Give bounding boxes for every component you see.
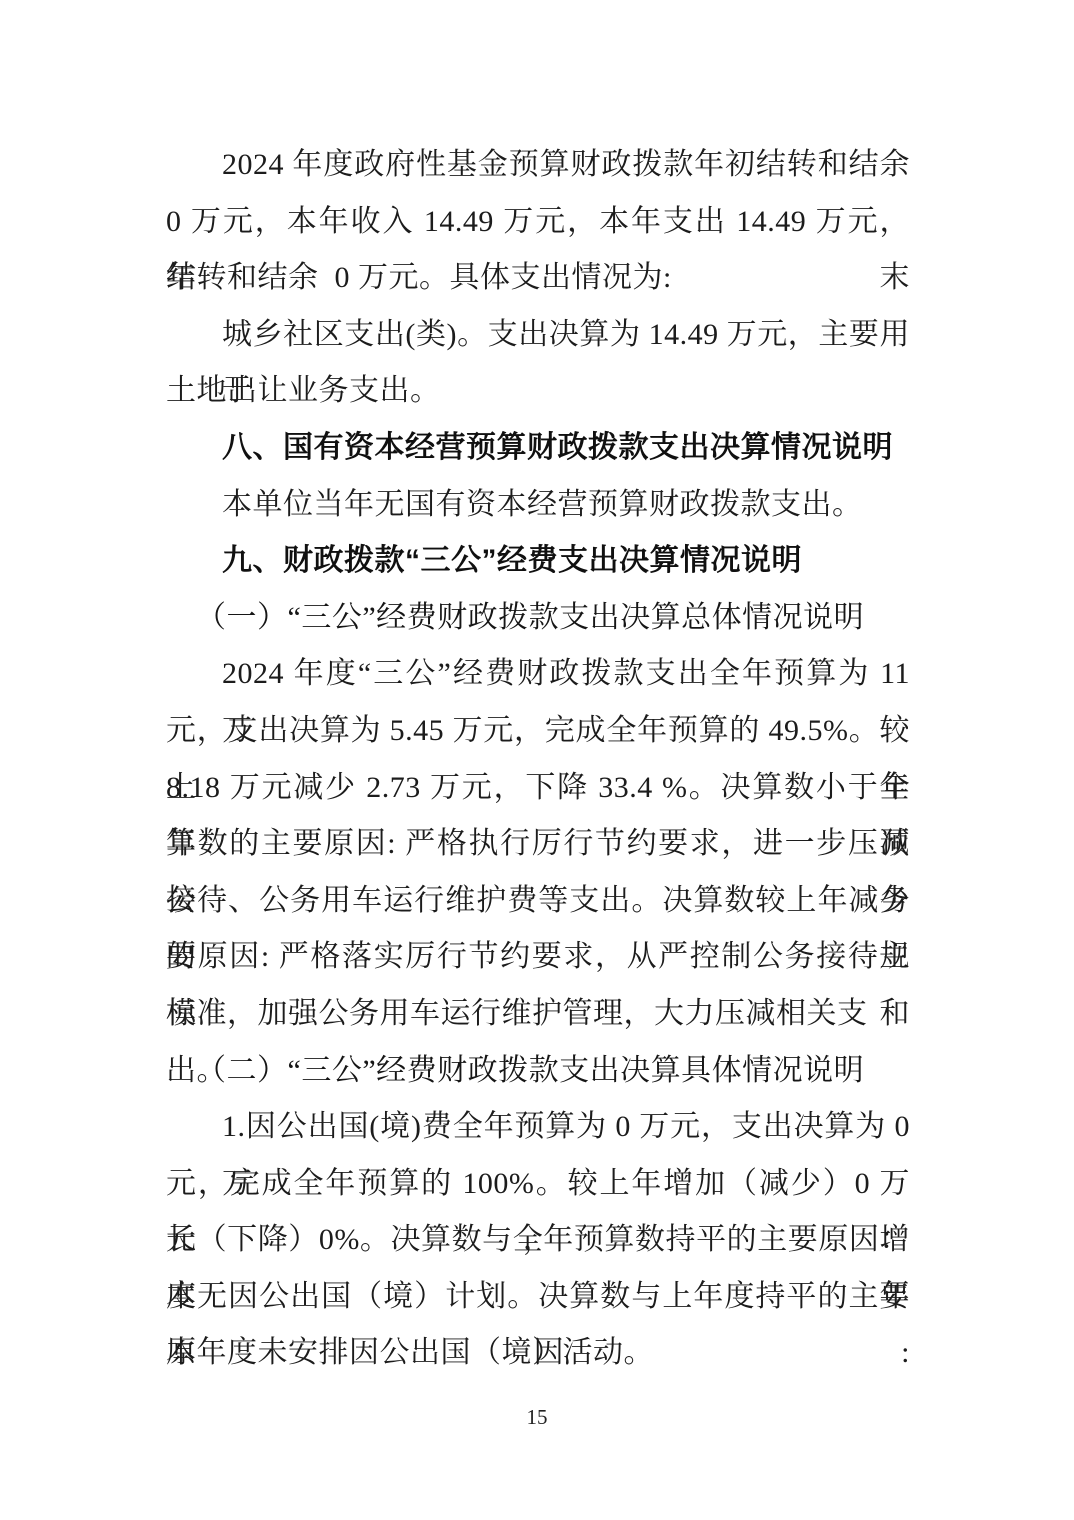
paragraph-line: 算数的主要原因: 严格执行厉行节约要求，进一步压减公务 [166, 816, 910, 873]
paragraph-line: 元，完成全年预算的 100%。较上年增加（减少）0 万元，增 [166, 1156, 910, 1213]
page-number: 15 [0, 1402, 1074, 1432]
paragraph-line: 2024 年度“三公”经费财政拨款支出全年预算为 11 万 [166, 646, 910, 703]
paragraph-line: 1.因公出国(境)费全年预算为 0 万元，支出决算为 0 万 [166, 1099, 910, 1156]
paragraph-line: 2024 年度政府性基金预算财政拨款年初结转和结余 [166, 137, 910, 194]
paragraph-line: 本单位当年无国有资本经营预算财政拨款支出。 [166, 477, 910, 534]
heading-section-9: 九、财政拨款“三公”经费支出决算情况说明 [166, 533, 910, 590]
paragraph-line: 标准，加强公务用车运行维护管理，大力压减相关支出。 [166, 986, 910, 1043]
heading-section-8: 八、国有资本经营预算财政拨款支出决算情况说明 [166, 420, 910, 477]
paragraph-line: 0 万元，本年收入 14.49 万元，本年支出 14.49 万元，年末 [166, 194, 910, 251]
paragraph-line: 城乡社区支出(类)。支出决算为 14.49 万元，主要用于 [166, 307, 910, 364]
document-page: 2024 年度政府性基金预算财政拨款年初结转和结余 0 万元，本年收入 14.4… [0, 0, 1074, 1520]
paragraph-line: 8.18 万元减少 2.73 万元，下降 33.4 %。决算数小于全年预 [166, 760, 910, 817]
subheading-item-2: （二）“三公”经费财政拨款支出决算具体情况说明 [166, 1043, 910, 1100]
document-body: 2024 年度政府性基金预算财政拨款年初结转和结余 0 万元，本年收入 14.4… [166, 137, 910, 1382]
paragraph-line: 元，支出决算为 5.45 万元，完成全年预算的 49.5%。较上年 [166, 703, 910, 760]
subheading-item-1: （一）“三公”经费财政拨款支出决算总体情况说明 [166, 590, 910, 647]
paragraph-line: 要原因: 严格落实厉行节约要求，从严控制公务接待规模和 [166, 929, 910, 986]
paragraph-line: 土地出让业务支出。 [166, 363, 910, 420]
paragraph-line: 长（下降）0%。决算数与全年预算数持平的主要原因：本年 [166, 1212, 910, 1269]
paragraph-line: 接待、公务用车运行维护费等支出。决算数较上年减少的主 [166, 873, 910, 930]
paragraph-line: 度无因公出国（境）计划。决算数与上年度持平的主要原因: [166, 1269, 910, 1326]
